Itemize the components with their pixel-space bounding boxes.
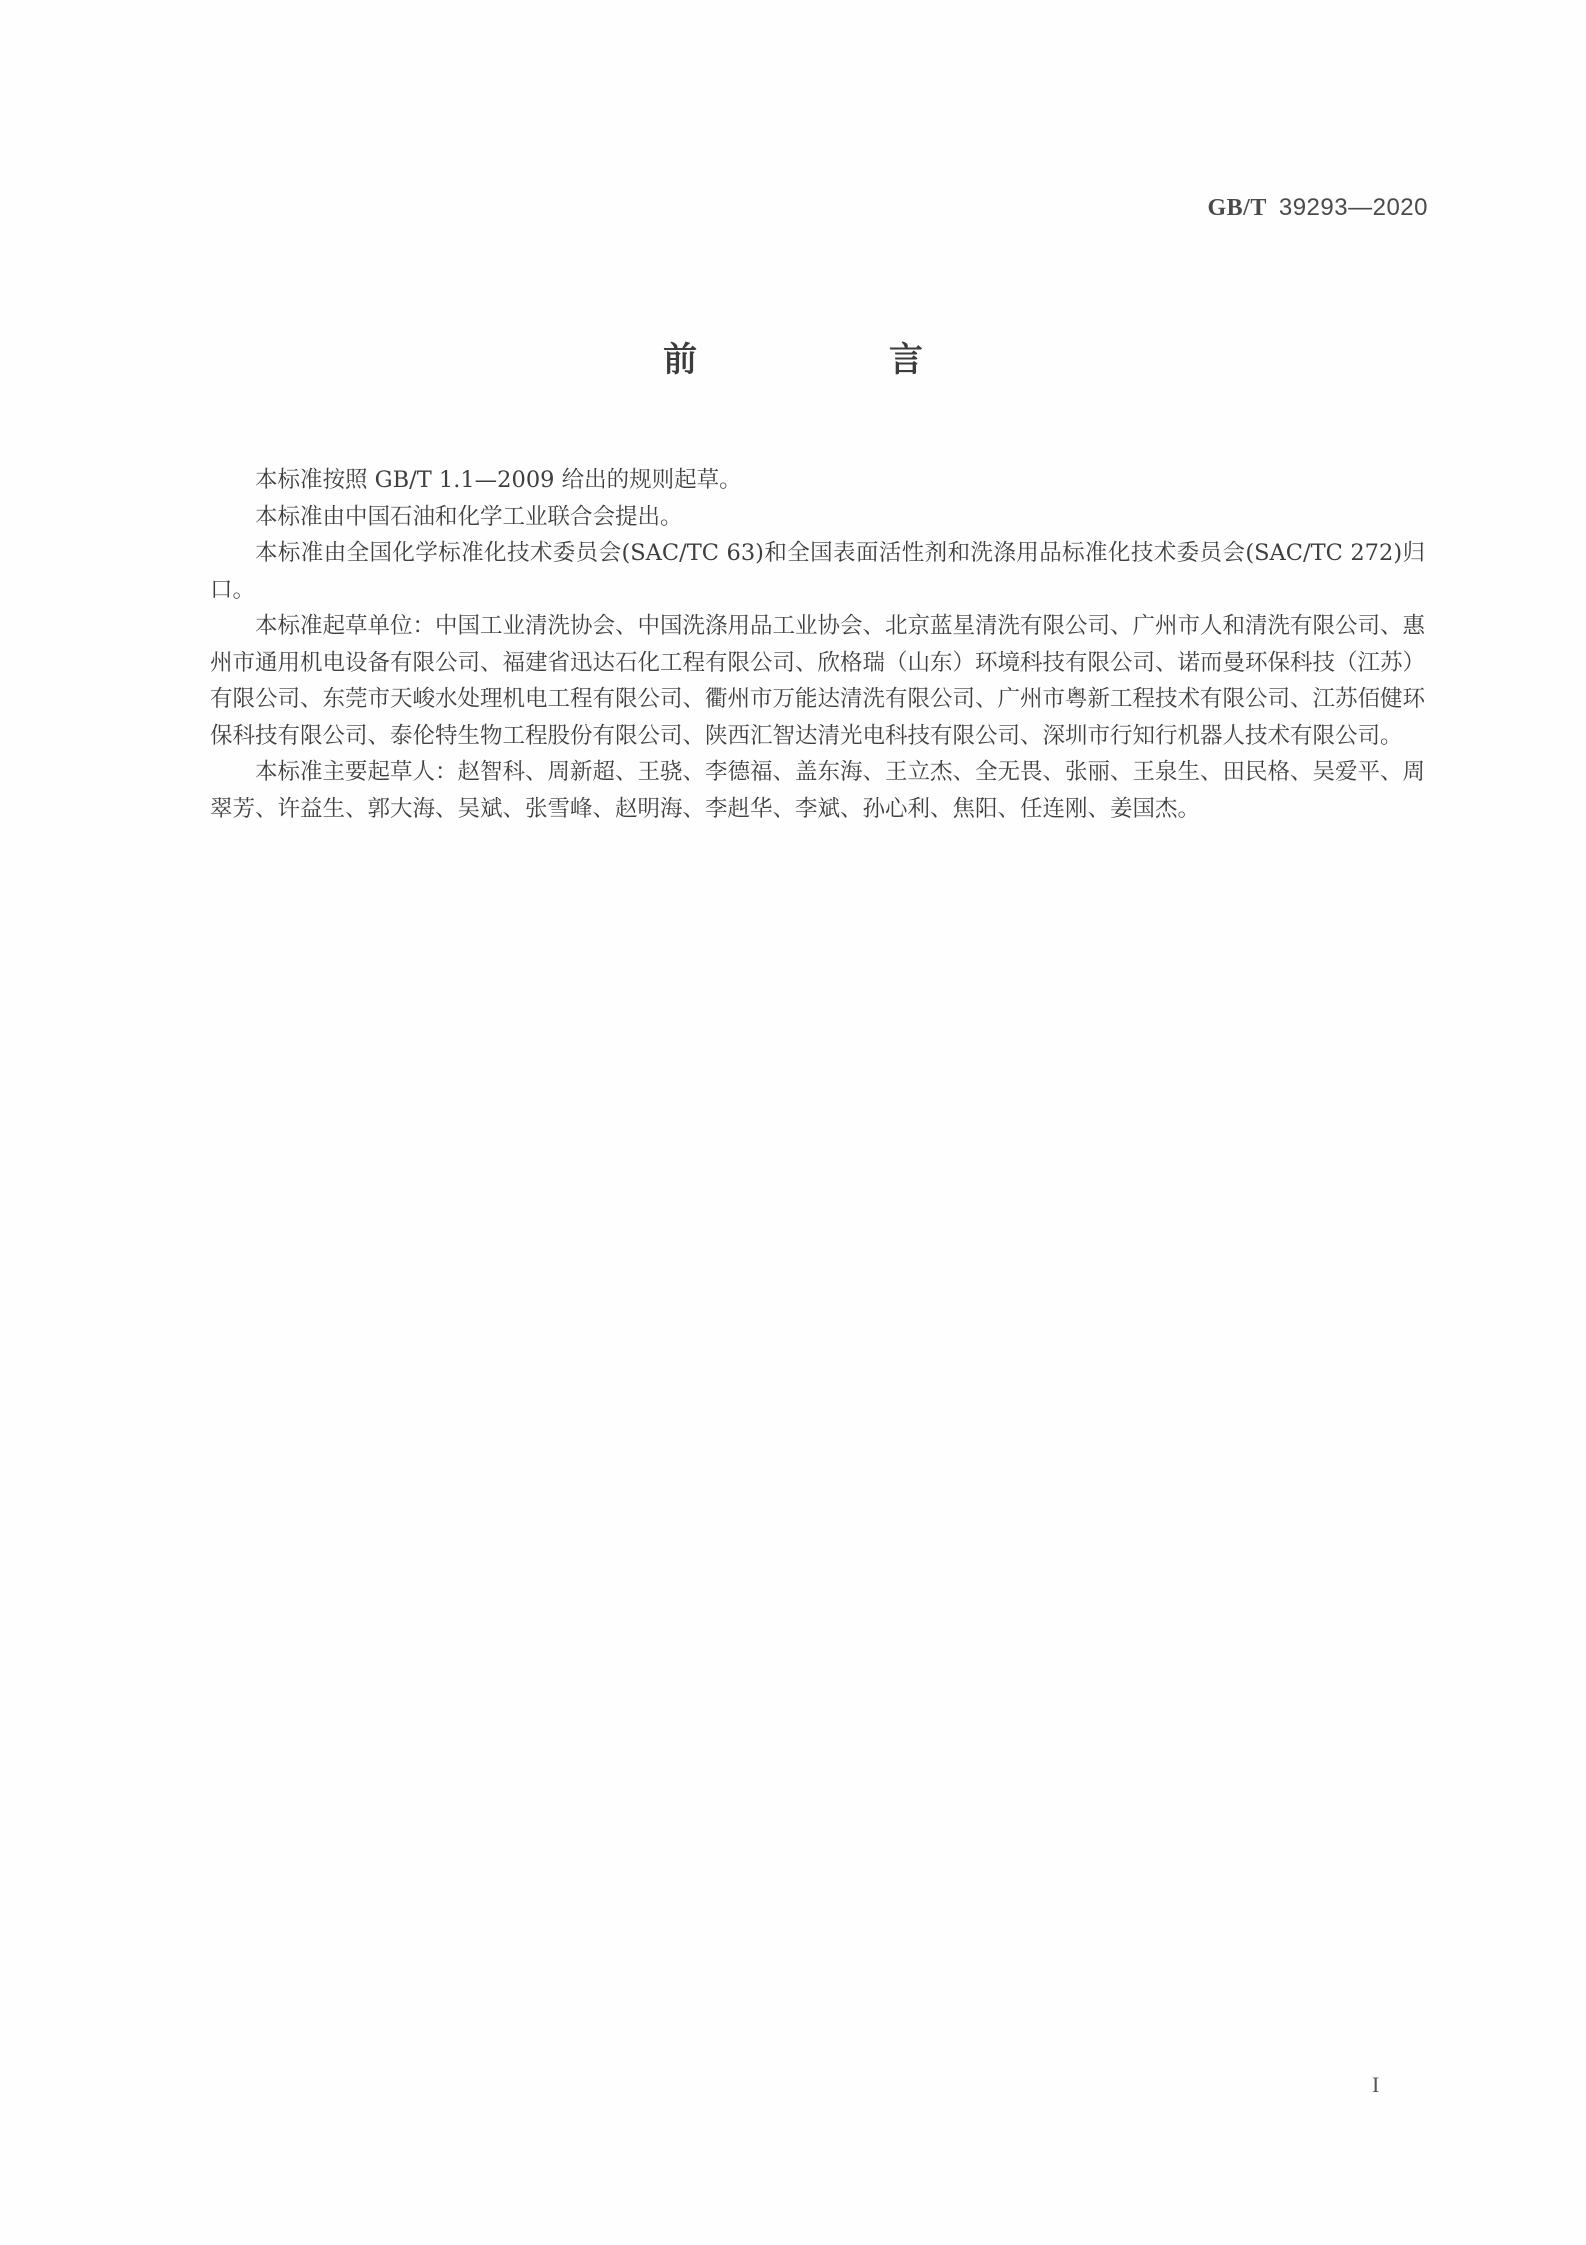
paragraph-drafting-rules: 本标准按照 GB/T 1.1—2009 给出的规则起草。 [210,462,1425,499]
document-page: GB/T39293—2020 前 言 本标准按照 GB/T 1.1—2009 给… [0,0,1586,2245]
paragraph-drafters: 本标准主要起草人：赵智科、周新超、王骁、李德福、盖东海、王立杰、全无畏、张丽、王… [210,754,1425,827]
standard-prefix: GB/T [1208,195,1267,221]
standard-code: GB/T39293—2020 [1208,194,1429,222]
paragraph-proposer: 本标准由中国石油和化学工业联合会提出。 [210,499,1425,536]
foreword-body: 本标准按照 GB/T 1.1—2009 给出的规则起草。 本标准由中国石油和化学… [210,462,1425,827]
paragraph-drafting-units: 本标准起草单位：中国工业清洗协会、中国洗涤用品工业协会、北京蓝星清洗有限公司、广… [210,608,1425,754]
page-title: 前 言 [0,332,1586,381]
standard-number: 39293—2020 [1279,194,1428,221]
paragraph-jurisdiction: 本标准由全国化学标准化技术委员会(SAC/TC 63)和全国表面活性剂和洗涤用品… [210,535,1425,608]
page-number: I [1372,2072,1379,2098]
